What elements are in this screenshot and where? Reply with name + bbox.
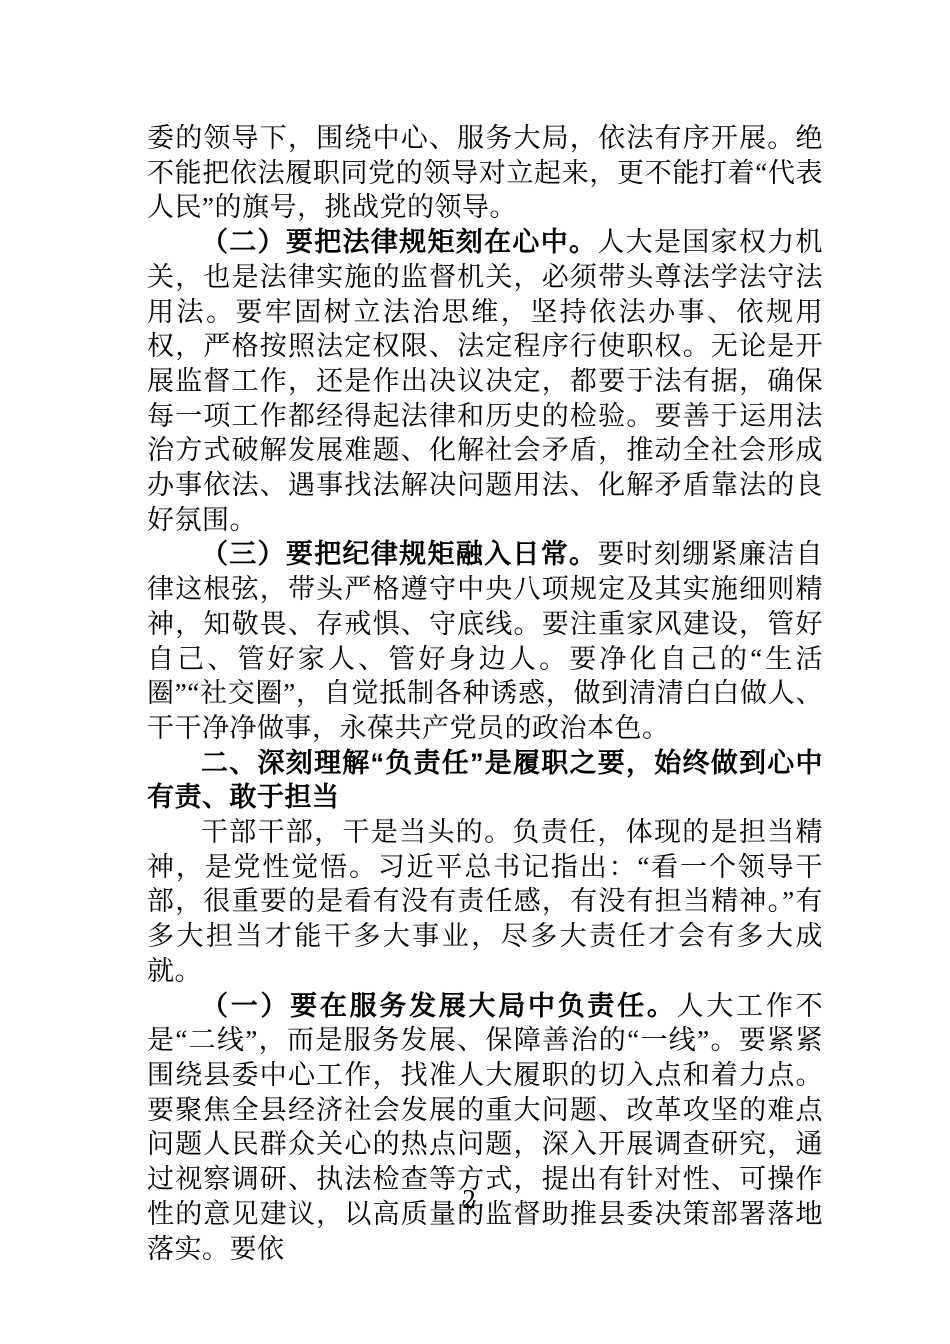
page-footer: 2 bbox=[0, 1184, 950, 1215]
body-paragraph: 干部干部，干是当头的。负责任，体现的是担当精神，是党性觉悟。习近平总书记指出：“… bbox=[147, 815, 823, 989]
paragraph-lead: （二）要把法律规矩刻在心中。 bbox=[201, 227, 597, 257]
paragraph-text: 人大工作不是“二线”，而是服务发展、保障善治的“一线”。要紧紧围绕县委中心工作，… bbox=[147, 991, 823, 1264]
body-paragraph: （一）要在服务发展大局中负责任。人大工作不是“二线”，而是服务发展、保障善治的“… bbox=[147, 989, 823, 1267]
paragraph-text: 干部干部，干是当头的。负责任，体现的是担当精神，是党性觉悟。习近平总书记指出：“… bbox=[147, 817, 823, 986]
document-body: 委的领导下，围绕中心、服务大局，依法有序开展。绝不能把依法履职同党的领导对立起来… bbox=[147, 121, 823, 1266]
paragraph-text: 委的领导下，围绕中心、服务大局，依法有序开展。绝不能把依法履职同党的领导对立起来… bbox=[147, 123, 823, 222]
body-paragraph: 委的领导下，围绕中心、服务大局，依法有序开展。绝不能把依法履职同党的领导对立起来… bbox=[147, 121, 823, 225]
page-number: 2 bbox=[462, 1184, 476, 1215]
document-page: 委的领导下，围绕中心、服务大局，依法有序开展。绝不能把依法履职同党的领导对立起来… bbox=[0, 0, 950, 1344]
paragraph-text: 人大是国家权力机关，也是法律实施的监督机关，必须带头尊法学法守法用法。要牢固树立… bbox=[147, 227, 823, 535]
body-paragraph: （二）要把法律规矩刻在心中。人大是国家权力机关，也是法律实施的监督机关，必须带头… bbox=[147, 225, 823, 537]
section-heading: 二、深刻理解“负责任”是履职之要，始终做到心中有责、敢于担当 bbox=[147, 746, 823, 815]
paragraph-lead: （三）要把纪律规矩融入日常。 bbox=[201, 539, 597, 569]
body-paragraph: （三）要把纪律规矩融入日常。要时刻绷紧廉洁自律这根弦，带头严格遵守中央八项规定及… bbox=[147, 537, 823, 745]
paragraph-lead: （一）要在服务发展大局中负责任。 bbox=[201, 991, 677, 1021]
paragraph-text: 二、深刻理解“负责任”是履职之要，始终做到心中有责、敢于担当 bbox=[147, 748, 823, 813]
paragraph-text: 要时刻绷紧廉洁自律这根弦，带头严格遵守中央八项规定及其实施细则精神，知敬畏、存戒… bbox=[147, 539, 823, 743]
